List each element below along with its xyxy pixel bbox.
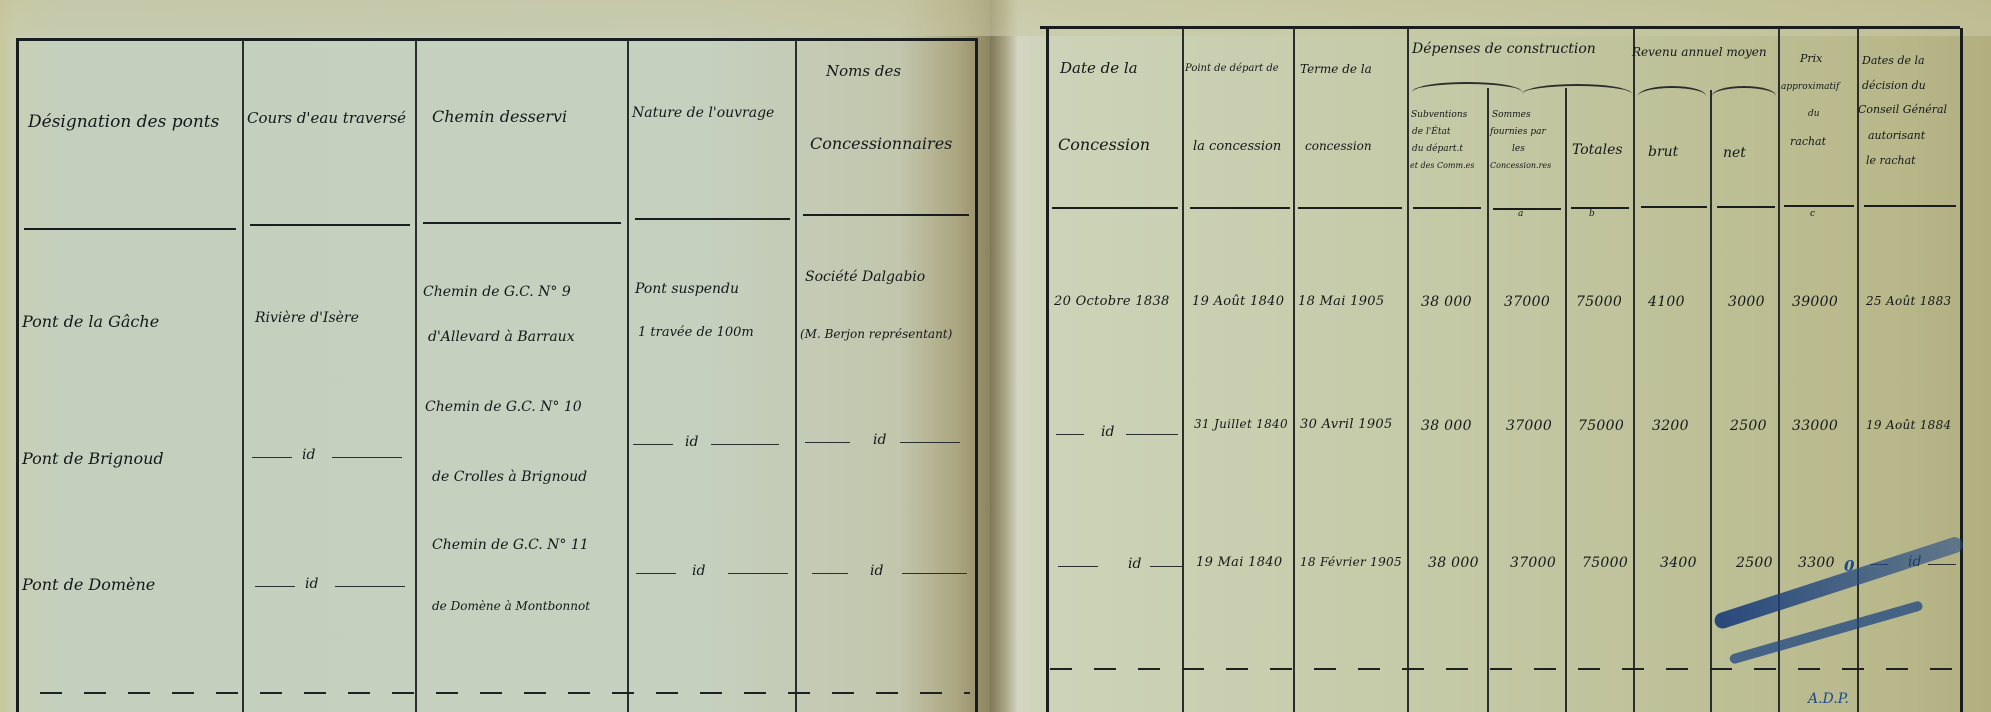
row3-date-concession-ditto: id	[1058, 556, 1182, 576]
row2-nature-ditto: id	[633, 434, 783, 454]
row3-terme: 18 Février 1905	[1300, 556, 1402, 569]
row1-terme: 18 Mai 1905	[1298, 295, 1384, 309]
header-rule	[423, 222, 621, 224]
header-rule	[1413, 207, 1481, 209]
row2-date-concession-ditto: id	[1056, 424, 1180, 444]
column-mark-c: c	[1810, 210, 1815, 220]
header-prix-l4: rachat	[1790, 136, 1826, 148]
header-dates-l3: Conseil Général	[1858, 104, 1947, 116]
header-cours-eau: Cours d'eau traversé	[247, 110, 406, 127]
row1-revenu-brut: 4100	[1648, 295, 1685, 310]
table-top-border	[1040, 26, 1960, 29]
col-divider	[795, 40, 797, 712]
header-subventions-l3: du départ.t	[1412, 145, 1463, 155]
col-divider	[1710, 90, 1712, 712]
header-noms-line1: Noms des	[826, 63, 901, 80]
row1-sommes: 37000	[1504, 295, 1550, 310]
header-chemin: Chemin desservi	[432, 108, 567, 126]
column-mark-a: a	[1518, 210, 1523, 220]
header-rule	[635, 218, 790, 220]
row3-designation: Pont de Domène	[22, 576, 155, 594]
row2-cours-eau-ditto: id	[252, 447, 412, 467]
row1-date-concession: 20 Octobre 1838	[1054, 295, 1170, 309]
table-right-border	[975, 40, 978, 712]
row2-subventions: 38 000	[1421, 419, 1472, 434]
row3-point-depart: 19 Mai 1840	[1196, 556, 1282, 570]
row3-subventions: 38 000	[1428, 556, 1479, 571]
row1-cours-eau: Rivière d'Isère	[255, 311, 359, 326]
header-dates-l1: Dates de la	[1862, 55, 1925, 67]
header-rule	[1571, 207, 1629, 209]
table-top-border	[16, 38, 978, 41]
row1-totales: 75000	[1576, 295, 1622, 310]
row1-nature-line1: Pont suspendu	[635, 282, 739, 297]
header-net: net	[1723, 146, 1746, 161]
row3-prix-rachat: 3300	[1798, 556, 1835, 571]
col-divider	[1407, 28, 1409, 712]
header-subventions-l2: de l'État	[1412, 128, 1450, 138]
row2-concessionnaire-ditto: id	[805, 432, 965, 452]
header-sommes-l1: Sommes	[1492, 111, 1531, 121]
row1-chemin-line1: Chemin de G.C. N° 9	[423, 285, 571, 300]
row1-concessionnaire-line2: (M. Berjon représentant)	[800, 328, 952, 341]
col-divider	[1857, 28, 1859, 712]
row2-revenu-net: 2500	[1730, 419, 1767, 434]
header-prix-l3: du	[1808, 110, 1820, 120]
row1-point-depart: 19 Août 1840	[1192, 295, 1284, 309]
row2-revenu-brut: 3200	[1652, 419, 1689, 434]
header-rule	[1298, 207, 1402, 209]
col-divider	[1565, 88, 1567, 712]
table-right-border	[1960, 28, 1963, 712]
header-prix-l2: approximatif	[1781, 83, 1839, 93]
row3-cours-eau-ditto: id	[255, 576, 415, 596]
row2-chemin-line2: de Crolles à Brignoud	[432, 470, 587, 485]
header-rule	[1864, 205, 1956, 207]
col-divider	[1487, 88, 1489, 712]
header-revenu-group: Revenu annuel moyen	[1632, 46, 1767, 59]
header-sommes-l2: fournies par	[1490, 128, 1546, 138]
column-mark-b: b	[1589, 210, 1595, 220]
row1-nature-line2: 1 travée de 100m	[638, 326, 754, 340]
table-left-border	[1046, 28, 1049, 712]
header-date-line2: Concession	[1058, 136, 1150, 154]
header-rule	[250, 224, 410, 226]
header-dates-l2: décision du	[1862, 80, 1926, 92]
header-rule	[24, 228, 236, 230]
header-depart-line2: la concession	[1193, 140, 1281, 154]
row1-revenu-net: 3000	[1728, 295, 1765, 310]
row3-revenu-brut: 3400	[1660, 556, 1697, 571]
header-rule	[1641, 206, 1707, 208]
col-divider	[415, 40, 417, 712]
header-rule	[1784, 205, 1854, 207]
header-rule	[1190, 207, 1290, 209]
col-divider	[242, 40, 244, 712]
row2-sommes: 37000	[1506, 419, 1552, 434]
row3-revenu-net: 2500	[1736, 556, 1773, 571]
row1-subventions: 38 000	[1421, 295, 1472, 310]
header-sommes-l4: Concession.res	[1490, 162, 1551, 171]
row3-totales: 75000	[1582, 556, 1628, 571]
header-dates-l5: le rachat	[1866, 155, 1916, 167]
row1-concessionnaire-line1: Société Dalgabio	[805, 270, 925, 285]
col-divider	[627, 40, 629, 712]
header-prix-l1: Prix	[1800, 53, 1822, 65]
header-rule	[803, 214, 969, 216]
row2-date-decision: 19 Août 1884	[1866, 419, 1951, 432]
row3-nature-ditto: id	[636, 563, 786, 583]
header-sommes-l3: les	[1512, 145, 1525, 155]
header-nature: Nature de l'ouvrage	[632, 106, 774, 121]
row1-date-decision: 25 Août 1883	[1866, 295, 1951, 308]
header-noms-line2: Concessionnaires	[810, 135, 952, 153]
col-divider	[1182, 28, 1184, 712]
col-divider	[1633, 28, 1635, 712]
header-totales: Totales	[1572, 143, 1623, 158]
table-bottom-dashed-rule	[40, 692, 970, 694]
col-divider	[1293, 28, 1295, 712]
header-subventions-l4: et des Comm.es	[1410, 162, 1475, 171]
bottom-blue-annotation: A.D.P.	[1808, 692, 1849, 707]
row2-totales: 75000	[1578, 419, 1624, 434]
row3-chemin-line1: Chemin de G.C. N° 11	[432, 538, 589, 553]
row3-chemin-line2: de Domène à Montbonnot	[432, 600, 590, 613]
page-top-edge	[0, 0, 1991, 36]
header-date-line1: Date de la	[1060, 60, 1138, 77]
header-terme-line1: Terme de la	[1300, 63, 1372, 76]
row2-prix-rachat: 33000	[1792, 419, 1838, 434]
row2-point-depart: 31 Juillet 1840	[1194, 418, 1288, 431]
table-bottom-dashed-rule	[1050, 668, 1955, 670]
row1-prix-rachat: 39000	[1792, 295, 1838, 310]
header-depart-line1: Point de départ de	[1185, 63, 1279, 74]
header-rule	[1493, 208, 1561, 210]
header-depenses-group: Dépenses de construction	[1412, 42, 1596, 57]
row2-designation: Pont de Brignoud	[22, 450, 164, 468]
header-terme-line2: concession	[1305, 140, 1372, 153]
header-dates-l4: autorisant	[1868, 130, 1925, 142]
row2-terme: 30 Avril 1905	[1300, 418, 1393, 432]
row3-sommes: 37000	[1510, 556, 1556, 571]
header-brut: brut	[1648, 145, 1678, 160]
header-rule	[1717, 206, 1775, 208]
row1-designation: Pont de la Gâche	[22, 313, 159, 331]
table-left-border	[16, 38, 19, 712]
right-page	[990, 0, 1991, 712]
header-subventions-l1: Subventions	[1411, 111, 1467, 121]
row2-chemin-line1: Chemin de G.C. N° 10	[425, 400, 582, 415]
header-designation: Désignation des ponts	[28, 113, 219, 132]
row3-concessionnaire-ditto: id	[812, 563, 972, 583]
row1-chemin-line2: d'Allevard à Barraux	[428, 330, 575, 345]
header-rule	[1052, 207, 1178, 209]
